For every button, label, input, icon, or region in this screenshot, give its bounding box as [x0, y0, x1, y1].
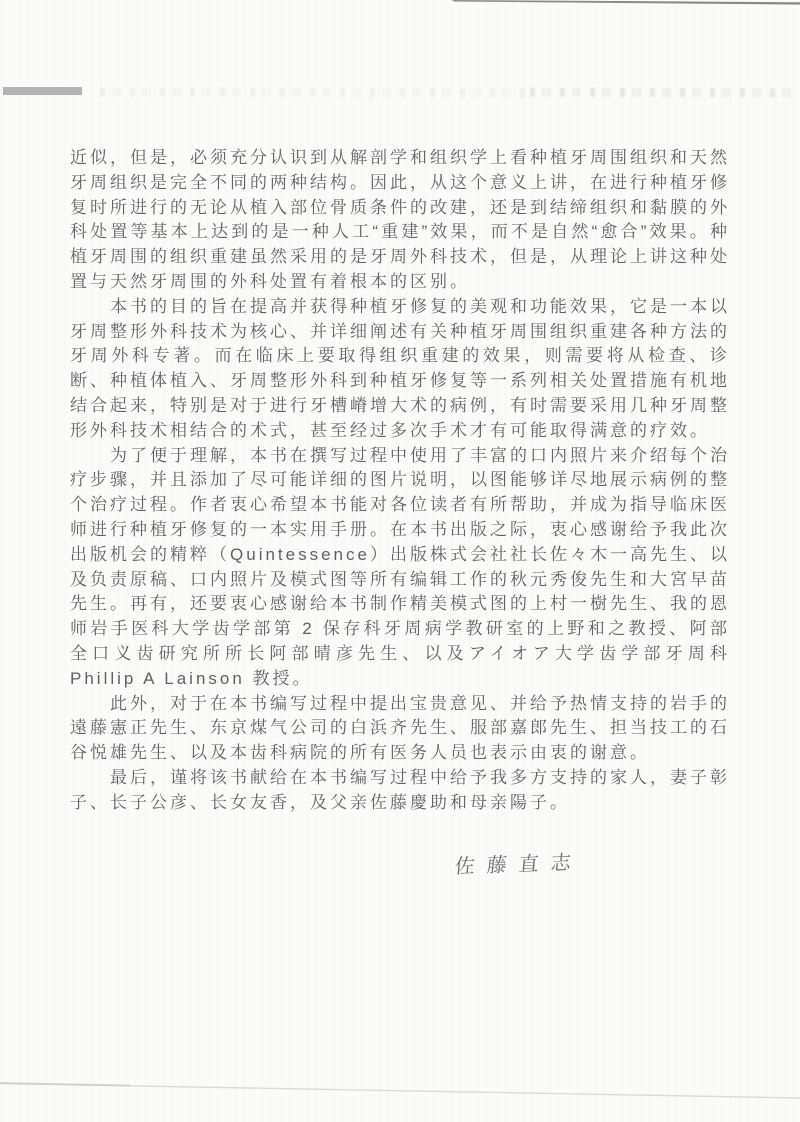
scan-artifact-ghost-text-left — [100, 87, 530, 97]
scan-artifact-ghost-text-right — [530, 88, 795, 98]
paragraph-container: 近似，但是，必须充分认识到从解剖学和组织学上看种植牙周围组织和天然牙周组织是完全… — [70, 146, 730, 816]
scanned-book-page: 近似，但是，必须充分认识到从解剖学和组织学上看种植牙周围组织和天然牙周组织是完全… — [0, 0, 800, 1122]
scan-crease-bottom — [0, 1084, 800, 1099]
paragraph: 最后，谨将该书献给在本书编写过程中给予我多方支持的家人，妻子彰子、长子公彦、长女… — [70, 766, 730, 816]
paragraph: 本书的目的旨在提高并获得种植牙修复的美观和功能效果，它是一本以牙周整形外科技术为… — [70, 295, 730, 444]
author-signature: 佐藤直志 — [454, 846, 584, 880]
paragraph: 近似，但是，必须充分认识到从解剖学和组织学上看种植牙周围组织和天然牙周组织是完全… — [70, 146, 730, 295]
scan-edge-top-right — [452, 0, 800, 5]
scan-crease-bottom-left — [0, 1083, 130, 1086]
paragraph: 为了便于理解，本书在撰写过程中使用了丰富的口内照片来介绍每个治疗步骤，并且添加了… — [70, 444, 730, 692]
scan-artifact-gray-bar — [3, 87, 82, 95]
paragraph: 此外，对于在本书编写过程中提出宝贵意见、并给予热情支持的岩手的遠藤憲正先生、东京… — [70, 692, 730, 766]
preface-text-block: 近似，但是，必须充分认识到从解剖学和组织学上看种植牙周围组织和天然牙周组织是完全… — [70, 146, 730, 816]
